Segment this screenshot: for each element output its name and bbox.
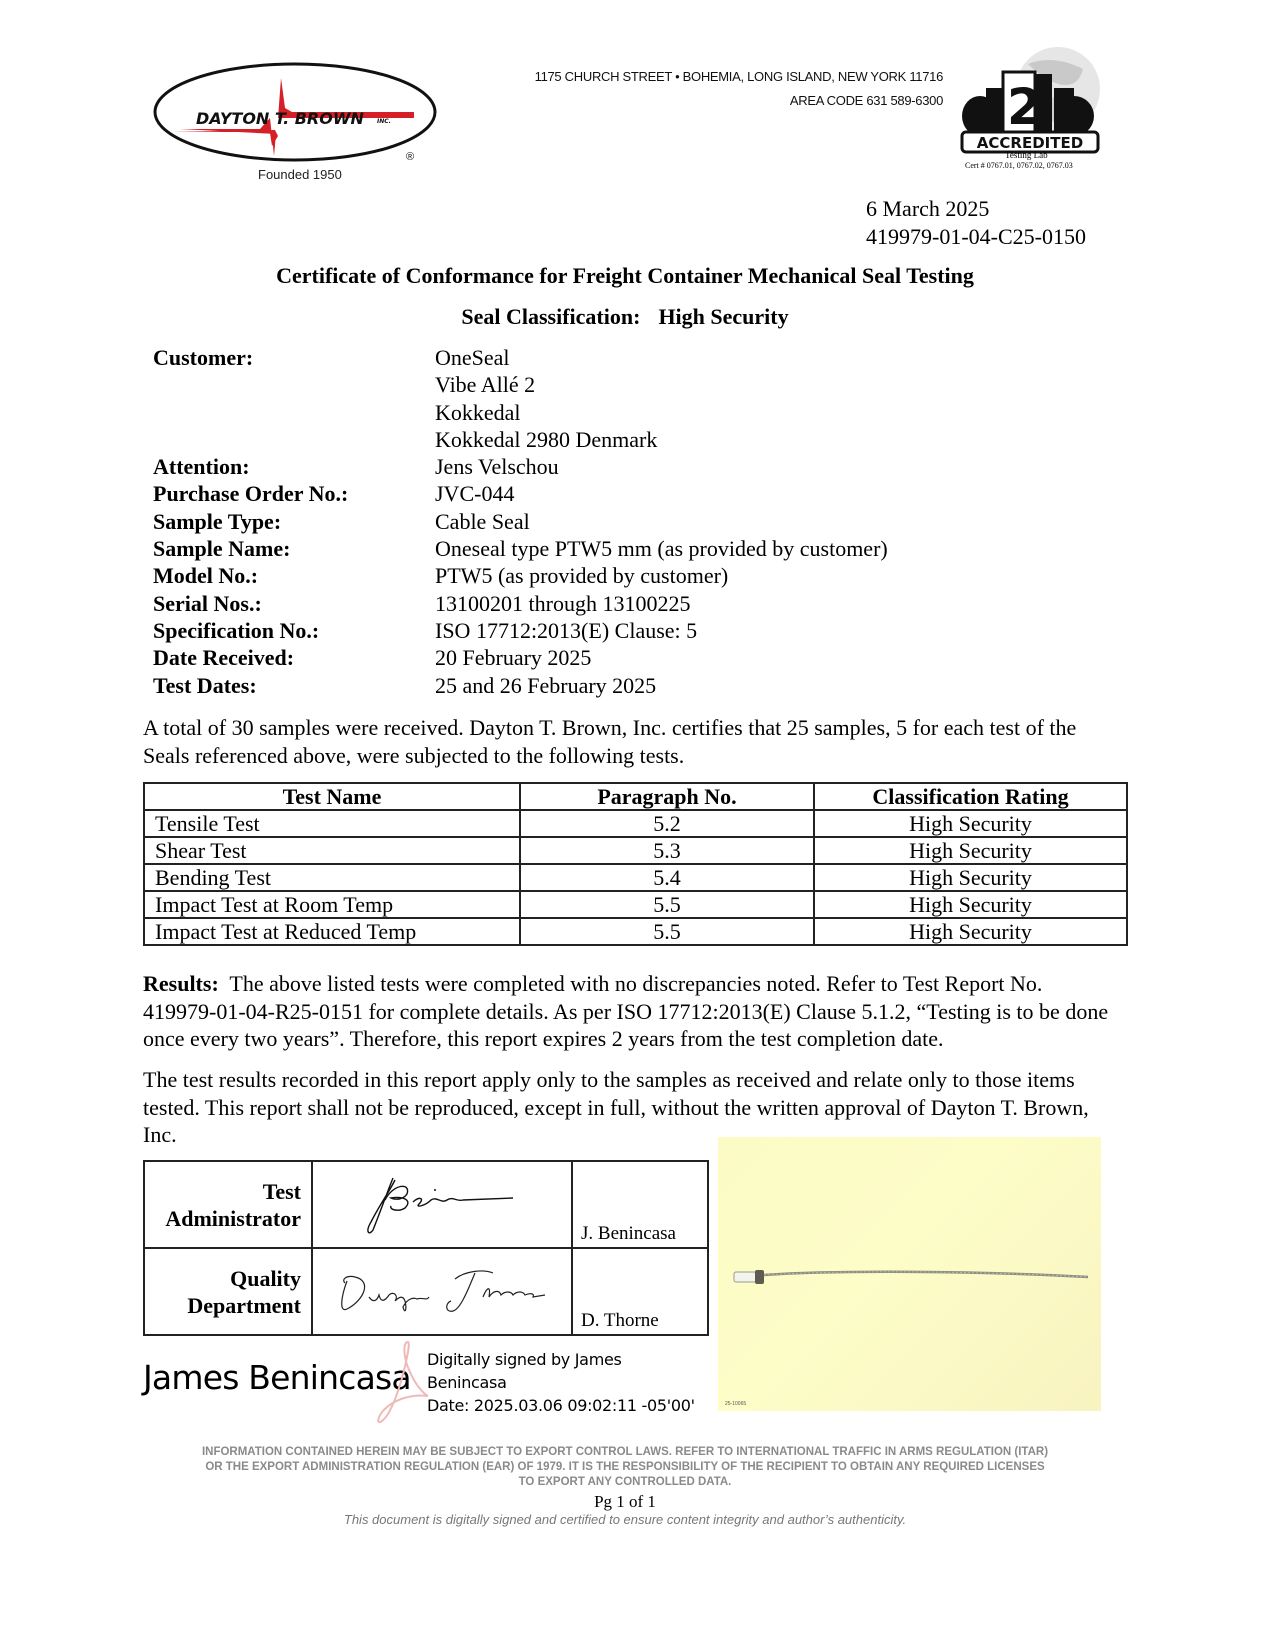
signature-table: Test Administrator J. Benincasa Quality … bbox=[143, 1160, 709, 1336]
dayton-brown-logo-icon: DAYTON T. BROWN INC. ® bbox=[150, 60, 445, 170]
column-header: Test Name bbox=[144, 783, 520, 810]
info-label: Date Received: bbox=[153, 644, 435, 671]
customer-line: Kokkedal 2980 Denmark bbox=[435, 426, 657, 453]
paragraph-cell: 5.2 bbox=[520, 810, 814, 837]
info-label: Test Dates: bbox=[153, 672, 435, 699]
paragraph-cell: 5.3 bbox=[520, 837, 814, 864]
a2la-cert-numbers: Cert # 0767.01, 0767.02, 0767.03 bbox=[965, 161, 1073, 170]
sample-photo: 25-10065 bbox=[718, 1137, 1101, 1411]
svg-text:DAYTON T. BROWN: DAYTON T. BROWN bbox=[196, 109, 365, 128]
results-label: Results: bbox=[143, 971, 219, 996]
dsig-line: Digitally signed by James bbox=[427, 1348, 695, 1371]
adobe-pdf-icon bbox=[370, 1338, 430, 1428]
role-line: Department bbox=[146, 1292, 301, 1319]
info-row: Date Received:20 February 2025 bbox=[153, 644, 888, 671]
info-row: Attention:Jens Velschou bbox=[153, 453, 888, 480]
info-label: Sample Name: bbox=[153, 535, 435, 562]
seal-classification: Seal Classification:High Security bbox=[0, 304, 1250, 330]
signature-thorne-icon bbox=[333, 1257, 563, 1327]
page-number: Pg 1 of 1 bbox=[0, 1492, 1250, 1512]
paragraph-cell: 5.4 bbox=[520, 864, 814, 891]
info-row: Purchase Order No.:JVC-044 bbox=[153, 480, 888, 507]
info-row: Sample Name:Oneseal type PTW5 mm (as pro… bbox=[153, 535, 888, 562]
info-value: Cable Seal bbox=[435, 508, 530, 535]
results-text: The above listed tests were completed wi… bbox=[143, 971, 1108, 1051]
info-value: 13100201 through 13100225 bbox=[435, 590, 690, 617]
signature-benincasa-icon bbox=[333, 1170, 553, 1240]
table-row: Bending Test5.4High Security bbox=[144, 864, 1127, 891]
seal-classification-label: Seal Classification: bbox=[461, 304, 640, 329]
test-name-cell: Bending Test bbox=[144, 864, 520, 891]
column-header: Classification Rating bbox=[814, 783, 1127, 810]
test-name-cell: Shear Test bbox=[144, 837, 520, 864]
table-row: Tensile Test5.2High Security bbox=[144, 810, 1127, 837]
tests-table: Test Name Paragraph No. Classification R… bbox=[143, 782, 1128, 946]
signatory-name: D. Thorne bbox=[572, 1248, 708, 1335]
info-row: Model No.:PTW5 (as provided by customer) bbox=[153, 562, 888, 589]
signature-role: Test Administrator bbox=[144, 1161, 312, 1248]
signatory-name: J. Benincasa bbox=[572, 1161, 708, 1248]
role-line: Quality bbox=[146, 1265, 301, 1292]
customer-line: OneSeal bbox=[435, 344, 657, 371]
document-date: 6 March 2025 bbox=[866, 196, 989, 222]
company-phone: AREA CODE 631 589-6300 bbox=[790, 93, 943, 108]
signature-row: Test Administrator J. Benincasa bbox=[144, 1161, 708, 1248]
info-value: Jens Velschou bbox=[435, 453, 559, 480]
warning-line: TO EXPORT ANY CONTROLLED DATA. bbox=[0, 1475, 1250, 1490]
info-label: Specification No.: bbox=[153, 617, 435, 644]
info-label: Purchase Order No.: bbox=[153, 480, 435, 507]
paragraph-cell: 5.5 bbox=[520, 918, 814, 945]
founded-year: Founded 1950 bbox=[258, 167, 342, 182]
export-control-warning: INFORMATION CONTAINED HEREIN MAY BE SUBJ… bbox=[0, 1445, 1250, 1490]
test-name-cell: Impact Test at Room Temp bbox=[144, 891, 520, 918]
paragraph-cell: 5.5 bbox=[520, 891, 814, 918]
test-name-cell: Impact Test at Reduced Temp bbox=[144, 918, 520, 945]
document-number: 419979-01-04-C25-0150 bbox=[866, 224, 1086, 250]
digital-signature-details: Digitally signed by James Benincasa Date… bbox=[427, 1348, 695, 1417]
a2la-globe-icon: 2 ACCREDITED bbox=[958, 44, 1103, 154]
customer-line: Vibe Allé 2 bbox=[435, 371, 657, 398]
role-line: Test bbox=[146, 1178, 301, 1205]
role-line: Administrator bbox=[146, 1205, 301, 1232]
table-row: Shear Test5.3High Security bbox=[144, 837, 1127, 864]
test-name-cell: Tensile Test bbox=[144, 810, 520, 837]
info-label: Attention: bbox=[153, 453, 435, 480]
info-value: 20 February 2025 bbox=[435, 644, 591, 671]
table-row: Impact Test at Room Temp5.5High Security bbox=[144, 891, 1127, 918]
customer-row: Customer: OneSeal Vibe Allé 2 Kokkedal K… bbox=[153, 344, 888, 453]
info-value: Oneseal type PTW5 mm (as provided by cus… bbox=[435, 535, 888, 562]
info-value: 25 and 26 February 2025 bbox=[435, 672, 656, 699]
adobe-signature-mark bbox=[370, 1338, 430, 1433]
info-row: Serial Nos.:13100201 through 13100225 bbox=[153, 590, 888, 617]
rating-cell: High Security bbox=[814, 891, 1127, 918]
rating-cell: High Security bbox=[814, 810, 1127, 837]
info-block: Customer: OneSeal Vibe Allé 2 Kokkedal K… bbox=[153, 344, 888, 699]
a2la-testing-lab: Testing Lab bbox=[1005, 150, 1048, 160]
intro-paragraph: A total of 30 samples were received. Day… bbox=[143, 714, 1118, 769]
svg-text:INC.: INC. bbox=[377, 118, 391, 125]
table-row: Impact Test at Reduced Temp5.5High Secur… bbox=[144, 918, 1127, 945]
photo-tag: 25-10065 bbox=[725, 1401, 746, 1407]
info-row: Test Dates:25 and 26 February 2025 bbox=[153, 672, 888, 699]
warning-line: INFORMATION CONTAINED HEREIN MAY BE SUBJ… bbox=[0, 1445, 1250, 1460]
customer-line: Kokkedal bbox=[435, 399, 657, 426]
company-address: 1175 CHURCH STREET • BOHEMIA, LONG ISLAN… bbox=[535, 69, 943, 84]
cable-seal-image-icon bbox=[718, 1137, 1101, 1411]
handwritten-signature bbox=[312, 1248, 572, 1335]
info-value: PTW5 (as provided by customer) bbox=[435, 562, 728, 589]
rating-cell: High Security bbox=[814, 918, 1127, 945]
signature-role: Quality Department bbox=[144, 1248, 312, 1335]
table-header-row: Test Name Paragraph No. Classification R… bbox=[144, 783, 1127, 810]
info-value: JVC-044 bbox=[435, 480, 514, 507]
info-label: Customer: bbox=[153, 344, 435, 453]
handwritten-signature bbox=[312, 1161, 572, 1248]
info-label: Serial Nos.: bbox=[153, 590, 435, 617]
info-label: Sample Type: bbox=[153, 508, 435, 535]
info-label: Model No.: bbox=[153, 562, 435, 589]
digital-signature-note: This document is digitally signed and ce… bbox=[0, 1512, 1250, 1527]
info-row: Specification No.:ISO 17712:2013(E) Clau… bbox=[153, 617, 888, 644]
seal-classification-value: High Security bbox=[658, 304, 788, 329]
signature-row: Quality Department D. Thorne bbox=[144, 1248, 708, 1335]
svg-text:®: ® bbox=[406, 151, 414, 163]
info-value: ISO 17712:2013(E) Clause: 5 bbox=[435, 617, 697, 644]
column-header: Paragraph No. bbox=[520, 783, 814, 810]
rating-cell: High Security bbox=[814, 864, 1127, 891]
customer-address: OneSeal Vibe Allé 2 Kokkedal Kokkedal 29… bbox=[435, 344, 657, 453]
warning-line: OR THE EXPORT ADMINISTRATION REGULATION … bbox=[0, 1460, 1250, 1475]
dsig-line: Benincasa bbox=[427, 1371, 695, 1394]
info-row: Sample Type:Cable Seal bbox=[153, 508, 888, 535]
results-paragraph: Results: The above listed tests were com… bbox=[143, 970, 1118, 1053]
rating-cell: High Security bbox=[814, 837, 1127, 864]
dsig-line: Date: 2025.03.06 09:02:11 -05'00' bbox=[427, 1394, 695, 1417]
page-title: Certificate of Conformance for Freight C… bbox=[0, 263, 1250, 289]
